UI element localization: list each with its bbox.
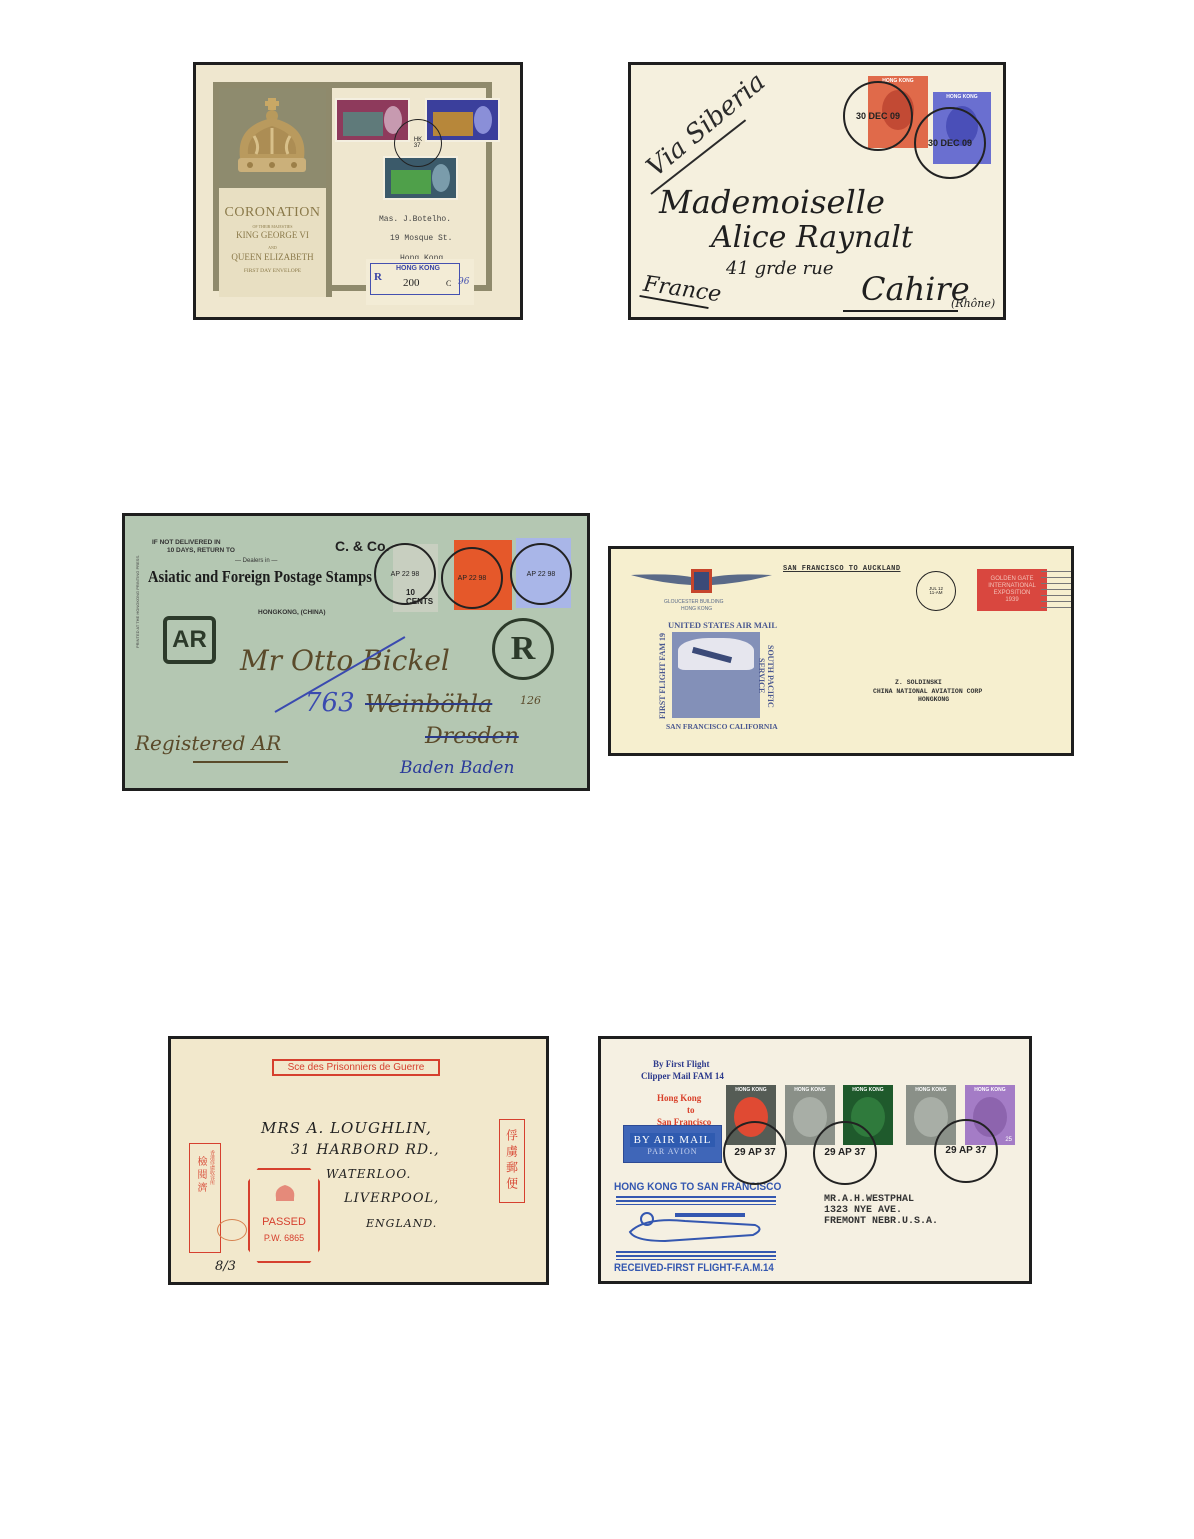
annotation: Registered AR [135, 731, 281, 755]
letterhead-line: HONG KONG [681, 606, 712, 612]
header-line: By First Flight [653, 1059, 710, 1069]
address-line: 1323 NYE AVE. [824, 1205, 902, 1216]
return-note: IF NOT DELIVERED IN [152, 539, 221, 546]
stamp-golden-gate-expo: GOLDEN GATE INTERNATIONAL EXPOSITION 193… [977, 569, 1047, 611]
address-line: MRS A. LOUGHLIN, [261, 1119, 432, 1137]
postmark: 29 AP 37 [934, 1119, 998, 1183]
route-line: SAN FRANCISCO TO AUCKLAND [783, 565, 901, 573]
postmark: AP 22 98 [510, 543, 572, 605]
cachet-bottom: RECEIVED-FIRST FLIGHT-F.A.M.14 [614, 1262, 774, 1274]
letterhead-line: GLOUCESTER BUILDING [664, 599, 723, 605]
annotation: Baden Baden [400, 758, 514, 778]
crown-illustration [219, 88, 326, 188]
return-note: 10 DAYS, RETURN TO [167, 547, 235, 554]
postmark: 29 AP 37 [723, 1121, 787, 1185]
clipper-plane-icon [625, 1207, 765, 1249]
postmark: JUL 1211-AM [916, 571, 956, 611]
cachet-title: CORONATION [219, 205, 326, 221]
postmark: AP 22 98 [374, 543, 436, 605]
postmark: AP 22 98 [441, 547, 503, 609]
address-line: HONGKONG [918, 696, 949, 703]
registration-letter: R [374, 271, 382, 283]
cover-fam19-first-flight: GLOUCESTER BUILDING HONG KONG UNITED STA… [608, 546, 1074, 756]
route-note: Via Siberia [641, 67, 771, 183]
underline [193, 761, 288, 763]
printer-imprint: PRINTED AT THE HONGKONG PRINTING PRESS. [135, 528, 140, 648]
oval-chop [217, 1219, 247, 1241]
cachet-left: FIRST FLIGHT FAM 19 [658, 632, 667, 720]
header-line: Clipper Mail FAM 14 [641, 1071, 724, 1081]
registration-suffix: C [446, 279, 451, 288]
address-line: 19 Mosque St. [390, 234, 452, 243]
company-name: C. & Co. [335, 538, 389, 554]
route-line: to [687, 1105, 695, 1115]
cachet-king: KING GEORGE VI [219, 230, 326, 240]
censor-box: 檢閱濟 香港俘虜收容所 [189, 1143, 221, 1253]
address-line: LIVERPOOL, [344, 1191, 439, 1206]
business-line: Asiatic and Foreign Postage Stamps [148, 567, 372, 587]
address-line: ENGLAND. [366, 1217, 437, 1230]
pow-service-header: Sce des Prisonniers de Guerre [272, 1059, 440, 1076]
cachet-rule [616, 1251, 776, 1260]
city-line: HONGKONG, (CHINA) [258, 609, 326, 616]
cover-coronation-first-day: CORONATION OF THEIR MAJESTIES KING GEORG… [193, 62, 523, 320]
route-line: Hong Kong [657, 1093, 701, 1103]
winged-logo-icon [629, 567, 774, 597]
annotation: 126 [520, 694, 541, 707]
censor-number: P.W. 6865 [250, 1233, 318, 1243]
underline [843, 310, 958, 312]
address-line: Alice Raynalt [711, 220, 913, 255]
crown-icon [232, 96, 312, 182]
dealers-label: — Dealers in — [235, 558, 277, 564]
cachet-and: AND [219, 245, 326, 250]
cachet-subtitle: OF THEIR MAJESTIES [219, 224, 326, 229]
fam19-cachet: UNITED STATES AIR MAIL SAN FRANCISCO CAL… [658, 618, 775, 734]
ar-handstamp: AR [163, 616, 216, 664]
registered-handstamp: R [492, 618, 554, 680]
address-line: Mas. J.Botelho. [379, 215, 451, 224]
cachet-top: UNITED STATES AIR MAIL [668, 620, 777, 630]
cover-via-siberia: HONG KONG HONG KONG 30 DEC 09 30 DEC 09 … [628, 62, 1006, 320]
registration-label: R HONG KONG 200 C 96 [366, 259, 474, 305]
address-line: WATERLOO. [326, 1167, 411, 1181]
censor-camp: 香港俘虜收容所 [208, 1150, 215, 1185]
cachet-bottom: SAN FRANCISCO CALIFORNIA [666, 722, 778, 731]
address-line: CHINA NATIONAL AVIATION CORP [873, 688, 982, 695]
postmark: 29 AP 37 [813, 1121, 877, 1185]
cachet-right: SOUTH PACIFIC SERVICE [757, 632, 775, 720]
cover-prisoner-of-war: Sce des Prisonniers de Guerre 俘虜郵便 檢閱濟 香… [168, 1036, 549, 1285]
cachet-queen: QUEEN ELIZABETH [219, 252, 326, 262]
address-line: Z. SOLDINSKI [895, 679, 942, 686]
censor-passed: PASSED [250, 1216, 318, 1228]
annotation: 763 [305, 688, 355, 718]
address-line: 41 grde rue [726, 258, 834, 279]
crown-icon [274, 1182, 296, 1202]
cachet-footer: FIRST DAY ENVELOPE [219, 268, 326, 274]
address-line: MR.A.H.WESTPHAL [824, 1194, 914, 1205]
address-line: Dresden [425, 724, 519, 749]
address-line: 31 HARBORD RD., [291, 1142, 440, 1158]
address-line: Weinböhla [365, 690, 492, 718]
registration-number: 200 [403, 277, 420, 289]
cancel-bars [1041, 571, 1071, 611]
address-line: Mademoiselle [659, 183, 885, 221]
pow-mail-box: 俘虜郵便 [499, 1119, 525, 1203]
address-line: FREMONT NEBR.U.S.A. [824, 1216, 938, 1227]
postmark: 30 DEC 09 [843, 81, 913, 151]
air-mail-label: BY AIR MAIL PAR AVION [623, 1125, 722, 1163]
cover-fam14-clipper: By First Flight Clipper Mail FAM 14 Hong… [598, 1036, 1032, 1284]
registration-office: HONG KONG [396, 265, 440, 272]
clipper-illustration [672, 632, 760, 718]
cachet-rule [616, 1196, 776, 1205]
annotation: 8/3 [215, 1259, 236, 1274]
annotation: 96 [458, 277, 469, 287]
postmark: 30 DEC 09 [914, 107, 986, 179]
cover-dealer-registered: PRINTED AT THE HONGKONG PRINTING PRESS. … [122, 513, 590, 791]
passed-censor-mark: PASSED P.W. 6865 [248, 1168, 320, 1263]
censor-examined: 檢閱濟 [193, 1156, 208, 1195]
address-line: (Rhône) [951, 297, 995, 310]
cachet-panel: CORONATION OF THEIR MAJESTIES KING GEORG… [219, 88, 332, 297]
postmark: HK37 [394, 119, 442, 167]
